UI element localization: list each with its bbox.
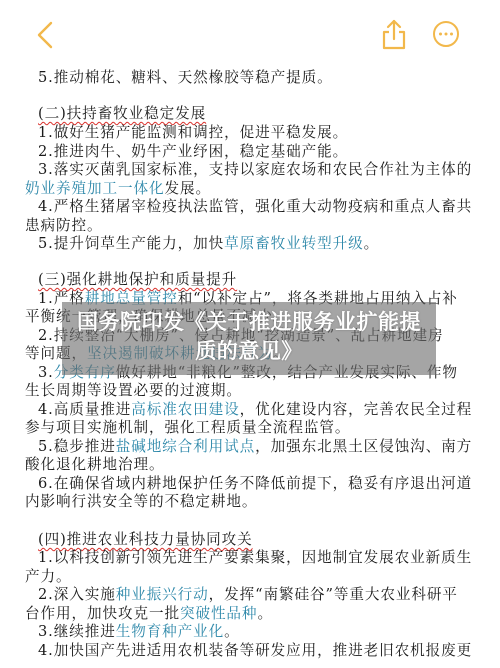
headline-banner[interactable]: 国务院印发《关于推进服务业扩能提 质的意见》 [62,302,436,375]
section-3-heading: (三)强化耕地保护和质量提升 [38,271,237,289]
section-2-heading-text: (二)扶持畜牧业稳定发展 [38,105,206,122]
section-4-item-4: 4.加快国产先进适用农机装备等研发应用，推进老旧农机报废更 [38,642,472,660]
text-span: ，优化建设内容，完善农民全过程 [240,401,472,418]
text-span: 。 [257,605,273,622]
section-3-item-6-cont: 内影响行洪安全等的不稳定耕地。 [25,493,257,511]
section-2-item-4: 4.严格生猪屠宰检疫执法监管，强化重大动物疫病和重点人畜共 [38,198,472,216]
text-span: 。 [364,235,380,252]
section-4-heading: (四)推进农业科技力量协同攻关 [38,531,253,549]
section-3-heading-text: (三)强化耕地保护和质量提升 [38,271,237,288]
text-span: 3. [38,364,54,381]
text-span: 。 [224,623,240,640]
section-3-item-4: 4.高质量推进高标准农田建设，优化建设内容，完善农民全过程 [38,401,472,419]
section-4-item-1-cont: 产力。 [25,568,71,586]
section-2-item-3-cont: 奶业养殖加工一体化发展。 [25,180,211,198]
section-2-item-3: 3.落实灭菌乳国家标准，支持以家庭农场和农民合作社为主体的 [38,161,472,179]
section-4-item-2: 2.深入实施种业振兴行动，发挥“南繁硅谷”等重大农业科研平 [38,586,458,604]
section-2-heading: (二)扶持畜牧业稳定发展 [38,105,206,123]
text-span: 4.高质量推进 [38,401,131,418]
section-4-item-1: 1.以科技创新引领先进生产要素集聚，因地制宜发展农业新质生 [38,549,472,567]
text-span: ，加强东北黑土区侵蚀沟、南方 [255,438,472,455]
section-3-item-3-cont: 生长周期等设置必要的过渡期。 [25,382,242,400]
section-2-item-2: 2.推进肉牛、奶牛产业纾困，稳定基础产能。 [38,143,348,161]
highlight-phrase: 草原畜牧业转型升级 [224,235,363,252]
section-2-item-1: 1.做好生猪产能监测和调控，促进平稳发展。 [38,124,348,142]
text-span: 2.深入实施 [38,586,116,603]
text-span: ，发挥“南繁硅谷”等重大农业科研平 [209,586,458,603]
section-3-item-5: 5.稳步推进盐碱地综合利用试点，加强东北黑土区侵蚀沟、南方 [38,438,472,456]
highlight-phrase: 奶业养殖加工一体化 [25,180,164,197]
section-4-item-2-cont: 台作用，加快攻克一批突破性品种。 [25,605,273,623]
text-span: 台作用，加快攻克一批 [25,605,180,622]
highlight-phrase: 种业振兴行动 [116,586,209,603]
highlight-phrase: 盐碱地综合利用试点 [116,438,255,455]
text-span: 5.提升饲草生产能力，加快 [38,235,224,252]
intro-item-5: 5.推动棉花、糖料、天然橡胶等稳产提质。 [38,69,333,87]
section-2-item-4-cont: 患病防控。 [25,217,102,235]
text-span: 发展。 [164,180,210,197]
section-4-heading-text: (四)推进农业科技力量协同攻关 [38,531,253,548]
text-span: 5.稳步推进 [38,438,116,455]
section-3-item-4-cont: 参与项目实施机制，强化工程质量全流程监管。 [25,419,350,437]
highlight-phrase: 突破性品种 [180,605,257,622]
section-4-item-3: 3.继续推进生物育种产业化。 [38,623,240,641]
text-span: 3.继续推进 [38,623,116,640]
headline-line-2: 质的意见》 [62,337,436,366]
section-2-item-5: 5.提升饲草生产能力，加快草原畜牧业转型升级。 [38,235,379,253]
headline-title: 国务院印发《关于推进服务业扩能提 质的意见》 [62,308,436,366]
section-3-item-5-cont: 酸化退化耕地治理。 [25,456,164,474]
section-3-item-6: 6.在确保省域内耕地保护任务不降低前提下，稳妥有序退出河道 [38,475,472,493]
highlight-phrase: 高标准农田建设 [131,401,239,418]
headline-line-1: 国务院印发《关于推进服务业扩能提 [62,308,436,337]
highlight-phrase: 生物育种产业化 [116,623,224,640]
